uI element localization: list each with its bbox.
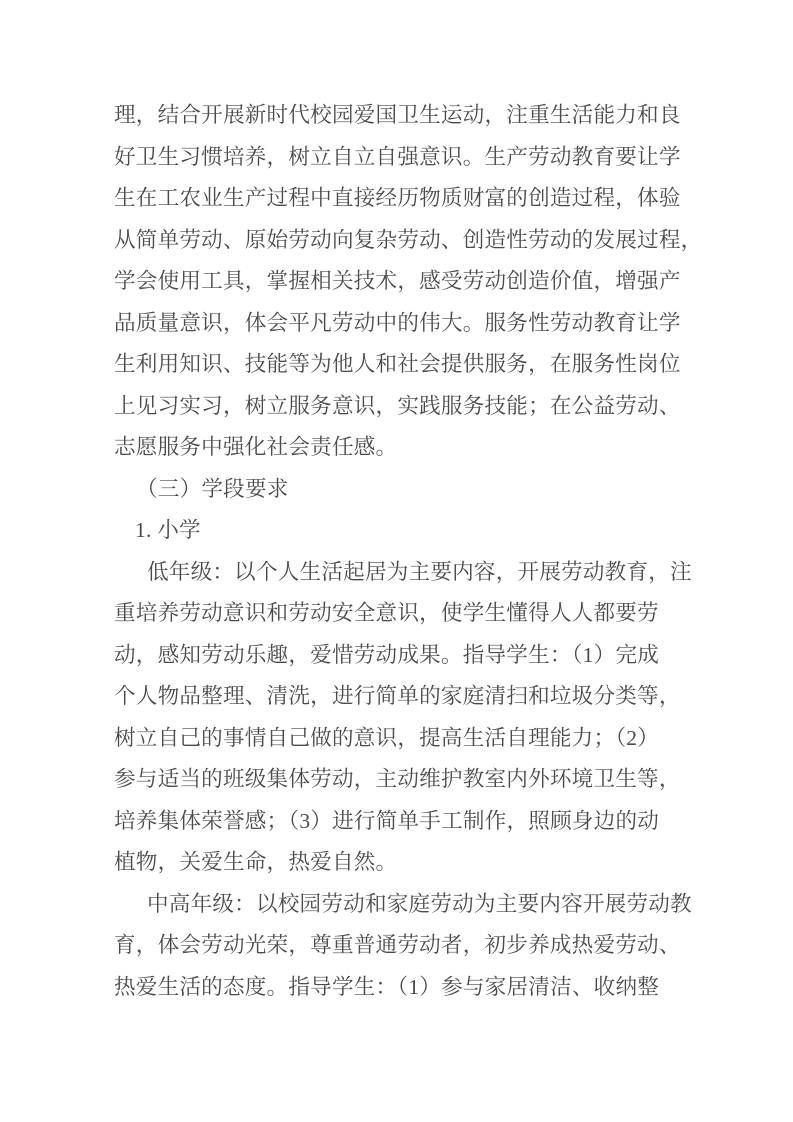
paragraph-line: 动，感知劳动乐趣，爱惜劳动成果。指导学生：（1）完成 — [114, 635, 686, 677]
paragraph-line: 树立自己的事情自己做的意识，提高生活自理能力；（2） — [114, 718, 686, 760]
paragraph-first-line: 中高年级：以校园劳动和家庭劳动为主要内容开展劳动教 — [114, 884, 686, 926]
paragraph-line: 热爱生活的态度。指导学生：（1）参与家居清洁、收纳整 — [114, 967, 686, 1009]
paragraph-line: 学会使用工具，掌握相关技术，感受劳动创造价值，增强产 — [114, 261, 686, 303]
document-page: 理，结合开展新时代校园爱国卫生运动，注重生活能力和良 好卫生习惯培养，树立自立自… — [0, 0, 793, 1122]
text-block: 理，结合开展新时代校园爱国卫生运动，注重生活能力和良 好卫生习惯培养，树立自立自… — [114, 95, 686, 1008]
subsection-heading: 1. 小学 — [114, 510, 686, 552]
paragraph-line: 从简单劳动、原始劳动向复杂劳动、创造性劳动的发展过程， — [114, 220, 686, 262]
paragraph-line: 品质量意识，体会平凡劳动中的伟大。服务性劳动教育让学 — [114, 303, 686, 345]
section-heading: （三）学段要求 — [114, 469, 686, 511]
paragraph-first-line: 低年级：以个人生活起居为主要内容，开展劳动教育，注 — [114, 552, 686, 594]
paragraph-line: 育，体会劳动光荣，尊重普通劳动者，初步养成热爱劳动、 — [114, 925, 686, 967]
paragraph-line: 个人物品整理、清洗，进行简单的家庭清扫和垃圾分类等， — [114, 676, 686, 718]
paragraph-line: 理，结合开展新时代校园爱国卫生运动，注重生活能力和良 — [114, 95, 686, 137]
paragraph-line: 生利用知识、技能等为他人和社会提供服务，在服务性岗位 — [114, 344, 686, 386]
paragraph-line: 生在工农业生产过程中直接经历物质财富的创造过程，体验 — [114, 178, 686, 220]
paragraph-line: 上见习实习，树立服务意识，实践服务技能；在公益劳动、 — [114, 386, 686, 428]
paragraph-line: 重培养劳动意识和劳动安全意识，使学生懂得人人都要劳 — [114, 593, 686, 635]
paragraph-line: 参与适当的班级集体劳动，主动维护教室内外环境卫生等， — [114, 759, 686, 801]
paragraph-last-line: 志愿服务中强化社会责任感。 — [114, 427, 686, 469]
paragraph-last-line: 植物，关爱生命，热爱自然。 — [114, 842, 686, 884]
paragraph-line: 培养集体荣誉感；（3）进行简单手工制作，照顾身边的动 — [114, 801, 686, 843]
paragraph-line: 好卫生习惯培养，树立自立自强意识。生产劳动教育要让学 — [114, 137, 686, 179]
